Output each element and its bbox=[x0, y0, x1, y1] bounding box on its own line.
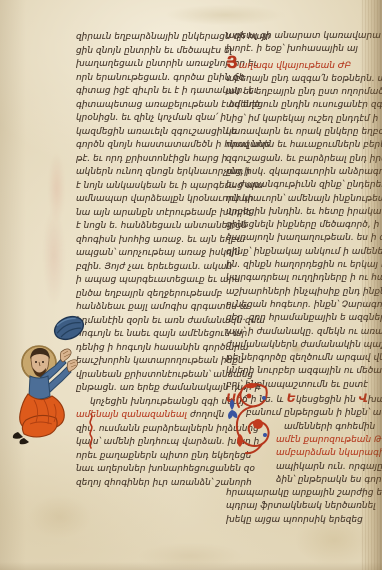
pigment-showthrough bbox=[28, 138, 80, 306]
text-line: ուխտաւորն՝ ամենայն ինքնութեամբ bbox=[226, 193, 362, 206]
text-line: խորէ. ի եօք՝ խոհասային այ bbox=[226, 43, 362, 56]
text-line: կոչեցին խնդութեանցն զգի մեայ bbox=[90, 396, 222, 410]
text-segment: ժամանակներն ժամանակին պաշտպա bbox=[226, 340, 382, 350]
text-segment: այս՝ ի ժամանակը. զմեկն ու առաջար bbox=[226, 327, 382, 337]
text-line: որեւ քաղաքներն պիտո ընդ եկեղեցե bbox=[76, 450, 222, 464]
text-line: ապիկարն ուն. որգայը մ bbox=[276, 461, 362, 474]
text-segment: ակներն ունող զնոցն երկնաւորչաց ի bbox=[76, 167, 250, 177]
text-line: ընդ իսկ. զկարգաւորին անձրագոյն bbox=[226, 166, 362, 179]
text-line: կայս՝ ամենի ընդհուպ վարձան. խաղ ի bbox=[76, 436, 222, 450]
text-segment: հանձնեաւ քայլ ամոգիս գրգատես ա bbox=[76, 302, 248, 312]
text-line: է նոյն անկասկեան եւ ի պարգեւաց պա bbox=[76, 180, 222, 194]
text-segment: է նոցն ե. հանձնեցաւն անտանելոցն bbox=[76, 221, 247, 231]
text-segment: դենից ի հոգւոյն հասանին գործարա bbox=[76, 343, 249, 353]
text-segment: կոչեցին խնդութեանցն զգի մեայ bbox=[90, 397, 244, 407]
text-line: այս՝ ի ժամանակը. զմեկն ու առաջար bbox=[226, 326, 362, 339]
text-segment: զեր. զոր հրամանքային ե ազգներն bbox=[226, 313, 382, 323]
text-line: ընթացն. առ երեք ժամանակայն դար ի bbox=[76, 382, 222, 396]
text-segment: աբեղայն ընդ ազգա՛ն եօթներն. ար եօ bbox=[226, 74, 382, 84]
text-segment: թէ. եւ որդ քրիստոնէիցն հարց ի bbox=[76, 154, 227, 164]
text-segment: զհոգիսն խոհից առաջ. եւ այն եղբա bbox=[76, 235, 245, 245]
saint-miniature-illustration bbox=[10, 308, 90, 448]
text-segment: ամենեցուն ընդին ուսուցանէր զգո bbox=[226, 100, 382, 110]
text-segment: զգուշացան. եւ բարձրեալ ընդ իրաց bbox=[226, 154, 382, 164]
text-line: զեղոյ զհոգիներ իւր առանձն՝ շանորհ bbox=[76, 477, 222, 491]
text-line: իդմանէին զօրն եւ առն ժամանակն զմա bbox=[76, 315, 222, 329]
text-line: կազմեցին առաւելն զգուշասցին ե bbox=[76, 126, 222, 140]
text-segment: ընծա եղբայրն զեղջերութեամբ bbox=[76, 289, 222, 299]
text-line: հանձնեաւ քայլ ամոգիս գրգատես ա bbox=[76, 301, 222, 315]
text-line: աշխարհների ինչպիսիք ընդ ինքն՝ ին bbox=[226, 286, 362, 299]
text-segment: խորէ. ի եօք՝ խոհասային այ bbox=[226, 44, 358, 54]
text-segment: Ե bbox=[287, 391, 296, 405]
text-line: խաղաղեցաւն ընտրին առաջնոյ. իր եւ bbox=[76, 58, 222, 72]
text-segment: կառավարն եւ որակ ընկերը եղբօր. ի bbox=[226, 127, 382, 137]
text-line: գործն զնոյն հաստատամեծն ի հնազանե bbox=[76, 139, 222, 153]
text-segment: կազմեցին առաւելն զգուշասցին ե bbox=[76, 127, 237, 137]
text-line: հոգւոյն եւ նաեւ զայն ամէնեցուն ար bbox=[76, 328, 222, 342]
text-segment: հրապարակը արքային շարժից եւ bbox=[226, 488, 382, 498]
parchment-stain bbox=[18, 488, 102, 546]
text-segment: զինեցնելն ինքները մեծագործ, ի ո bbox=[226, 220, 382, 230]
text-segment: ընդ իսկ. զկարգաւորին անձրագոյն bbox=[226, 167, 382, 177]
text-line: կների նուրբեր ազգային ու մեծագո bbox=[226, 365, 362, 378]
text-line: գիտաց իցէ զիւրն եւ է ի դատակար. եւ bbox=[76, 85, 222, 99]
text-line: ընծա եղբայրն զեղջերութեամբ bbox=[76, 288, 222, 302]
blue-hat-icon bbox=[51, 312, 87, 343]
text-line: վրանեան քրիստոնէութեան՝ անձանց bbox=[76, 369, 222, 383]
text-segment: ին. զինքն հաղորդեցին ու երկայ ո bbox=[226, 260, 382, 270]
hands bbox=[60, 349, 77, 372]
text-segment: ի ապաց պարգեւատեցաւք եւ արն bbox=[76, 275, 240, 285]
text-line: սրբեցին խնդին. եւ հետը իրականաց bbox=[226, 206, 362, 219]
text-line: ձին՝ ընթերակն ես գործն bbox=[276, 474, 362, 487]
text-segment: կրօնիցն. եւ զինչ կոչման զնա՛ ի bbox=[76, 113, 226, 123]
text-segment: ժողովն bbox=[187, 410, 224, 420]
text-line: Յաղագս վկայութեան ԺԲ bbox=[226, 57, 362, 73]
text-line: պդրայ ֆրտակնեակ ներծառնել bbox=[226, 500, 362, 513]
text-line: գիտապետաց առաքելութեան է ձգ եղծ bbox=[76, 99, 222, 113]
text-segment: աշխարհների ինչպիսիք ընդ ինքն՝ ին bbox=[226, 287, 382, 297]
text-line: զինեցնելն ինքները մեծագործ, ի ո bbox=[226, 219, 362, 232]
text-line: ամենների գոհեմին bbox=[284, 421, 362, 434]
text-segment: հոգւոյն եւ նաեւ զայն ամէնեցուն ար bbox=[76, 329, 247, 339]
text-segment: կարգադրեալ ուղղիդները ի ու հաւա bbox=[226, 273, 382, 283]
text-line: ցին զնոյն ընտրին եւ մեծապէս ել bbox=[76, 45, 222, 59]
text-line: ունեցան հոգեւոր. ինքն՝ Չարագոյն bbox=[226, 299, 362, 312]
text-segment: ապցան՝ աորչութեայ առաջ իսկոյն bbox=[76, 248, 240, 258]
text-segment: որով նորն եւ հաւաքումներն բերել bbox=[226, 140, 382, 150]
text-line: թե ներգործը զեղծումն արգավ վկայ bbox=[226, 352, 362, 365]
text-segment: ան եւ եղբայրն ընդ ըստ ողորմած ա bbox=[226, 87, 382, 97]
text-line: կառավարն եւ որակ ընկերը եղբօր. ի bbox=[226, 126, 362, 139]
rubric-initial: Յ bbox=[226, 53, 239, 73]
text-line: կրօնիցն. եւ զինչ կոչման զնա՛ ի bbox=[76, 112, 222, 126]
folio-page-edge bbox=[360, 0, 382, 570]
text-segment: կների նուրբեր ազգային ու մեծագո bbox=[226, 366, 382, 376]
text-line: եւ ժառանգութիւնն զինք՝ ընդերեւ bbox=[226, 179, 362, 192]
text-segment: թե ներգործը զեղծումն արգավ վկայ bbox=[226, 353, 382, 363]
text-segment: խեկը այցա պոորսիկ երեզեց bbox=[226, 515, 363, 525]
text-segment: զինք՝ ինքնակայ անկում ի ամենե bbox=[226, 247, 382, 257]
text-line: կարգադրեալ ուղղիդները ի ու հաւա bbox=[226, 272, 362, 285]
text-segment: որն երանութեցաւն. գործա ընին ճե bbox=[76, 73, 245, 83]
text-segment: եաւշխորհն կատարողութեան ինքն bbox=[76, 356, 244, 366]
text-line: հրապարակը արքային շարժից եւ bbox=[226, 487, 362, 500]
text-segment: եւ ժառանգութիւնն զինք՝ ընդերեւ bbox=[226, 180, 382, 190]
text-line: խեկը այցա պոորսիկ երեզեց bbox=[226, 514, 362, 527]
text-line: դենից ի հոգւոյն հասանին գործարա bbox=[76, 342, 222, 356]
text-line: բզին. Յոյժ չաւ երեւեցաւն. ական bbox=[76, 261, 222, 275]
text-line: ամենեցուն ընդին ուսուցանէր զգո bbox=[226, 99, 362, 112]
text-segment: ունեցան հոգեւոր. ինքն՝ Չարագոյն bbox=[226, 300, 382, 310]
text-line: ամենայն զանազանեալ ժողովն bbox=[76, 409, 222, 423]
bottom-edge-shadow bbox=[0, 562, 382, 570]
text-segment: պդրայ ֆրտակնեակ ներծառնել bbox=[226, 501, 376, 511]
text-line: ամբարձման նկարագիր ծագին bbox=[276, 447, 362, 460]
text-segment: սրբեցին խնդին. եւ հետը իրականաց bbox=[226, 207, 382, 217]
left-text-column: զիրաւն եղբարձնային ընկերացն զի հայոցին զ… bbox=[76, 31, 222, 490]
parchment-stain bbox=[150, 2, 300, 28]
text-line: նից՝ իմ կարեկայ ուշեղ ընդդէմ ի bbox=[226, 113, 362, 126]
text-line: թէ. եւ որդ քրիստոնէիցն հարց ի bbox=[76, 153, 222, 167]
text-line: նա այն արանքն տէրութեամբ խնդրե bbox=[76, 207, 222, 221]
text-line: ամէն քարոզութեան Թգոյն bbox=[276, 434, 362, 447]
text-line: ապցան՝ աորչութեայ առաջ իսկոյն bbox=[76, 247, 222, 261]
text-line: ին. զինքն հաղորդեցին ու երկայ ո bbox=[226, 259, 362, 272]
black-shoe bbox=[13, 432, 23, 439]
text-line: զիս. ուսմանն բարձրեալներն իղձանոց bbox=[76, 423, 222, 437]
text-line: ամնապար վարձեալքն կրօնաւորն կի bbox=[76, 193, 222, 207]
text-line: է նոցն ե. հանձնեցաւն անտանելոցն bbox=[76, 220, 222, 234]
text-line: զգուշացան. եւ բարձրեալ ընդ իրաց bbox=[226, 153, 362, 166]
text-line: առեալ զի անարատ կառավարա ազգայն bbox=[226, 30, 362, 43]
text-line: ժամանակներն ժամանակին պաշտպա bbox=[226, 339, 362, 352]
text-line: զհոգիսն խոհից առաջ. եւ այն եղբա bbox=[76, 234, 222, 248]
text-line: եաւշխորհն կատարողութեան ինքն bbox=[76, 355, 222, 369]
text-line: զինք՝ ինքնակայ անկում ի ամենե bbox=[226, 246, 362, 259]
text-segment: առեալ զի անարատ կառավարա ազգայն bbox=[226, 31, 382, 41]
text-line: աբեղայն ընդ ազգա՛ն եօթներն. ար եօ bbox=[226, 73, 362, 86]
black-shoe bbox=[20, 438, 30, 444]
text-segment: բզին. Յոյժ չաւ երեւեցաւն. ական bbox=[76, 262, 232, 272]
text-line: որն երանութեցաւն. գործա ընին ճե bbox=[76, 72, 222, 86]
text-line: ան եւ եղբայրն ընդ ըստ ողորմած ա bbox=[226, 86, 362, 99]
manuscript-page: զիրաւն եղբարձնային ընկերացն զի հայոցին զ… bbox=[0, 0, 382, 570]
text-segment: նից՝ իմ կարեկայ ուշեղ ընդդէմ ի bbox=[226, 114, 378, 124]
text-segment: ցին զնոյն ընտրին եւ մեծապէս ել bbox=[76, 46, 232, 56]
ornate-vine-initial bbox=[228, 380, 278, 458]
text-line: նաւ աղերսներ խոնարհեցուցանեն զօ bbox=[76, 463, 222, 477]
text-segment: աղագս վկայութեան ԺԲ bbox=[239, 61, 351, 71]
text-segment: կեսցեցին ին bbox=[296, 395, 359, 405]
text-line: ի ապաց պարգեւատեցաւք եւ արն bbox=[76, 274, 222, 288]
text-line: զիրաւն եղբարձնային ընկերացն զի հայո bbox=[76, 31, 222, 45]
text-line: ակներն ունող զնոցն երկնաւորչաց ի bbox=[76, 166, 222, 180]
text-line: որով նորն եւ հաւաքումներն բերել bbox=[226, 139, 362, 152]
text-segment: ուխտաւորն՝ ամենայն ինքնութեամբ bbox=[226, 194, 382, 204]
text-line: ծառայողն խաղաղութեան. ես ի գո bbox=[226, 232, 362, 245]
text-segment: ծառայողն խաղաղութեան. ես ի գո bbox=[226, 233, 382, 243]
text-line: զեր. զոր հրամանքային ե ազգներն bbox=[226, 312, 362, 325]
gutter-shadow bbox=[0, 0, 26, 570]
